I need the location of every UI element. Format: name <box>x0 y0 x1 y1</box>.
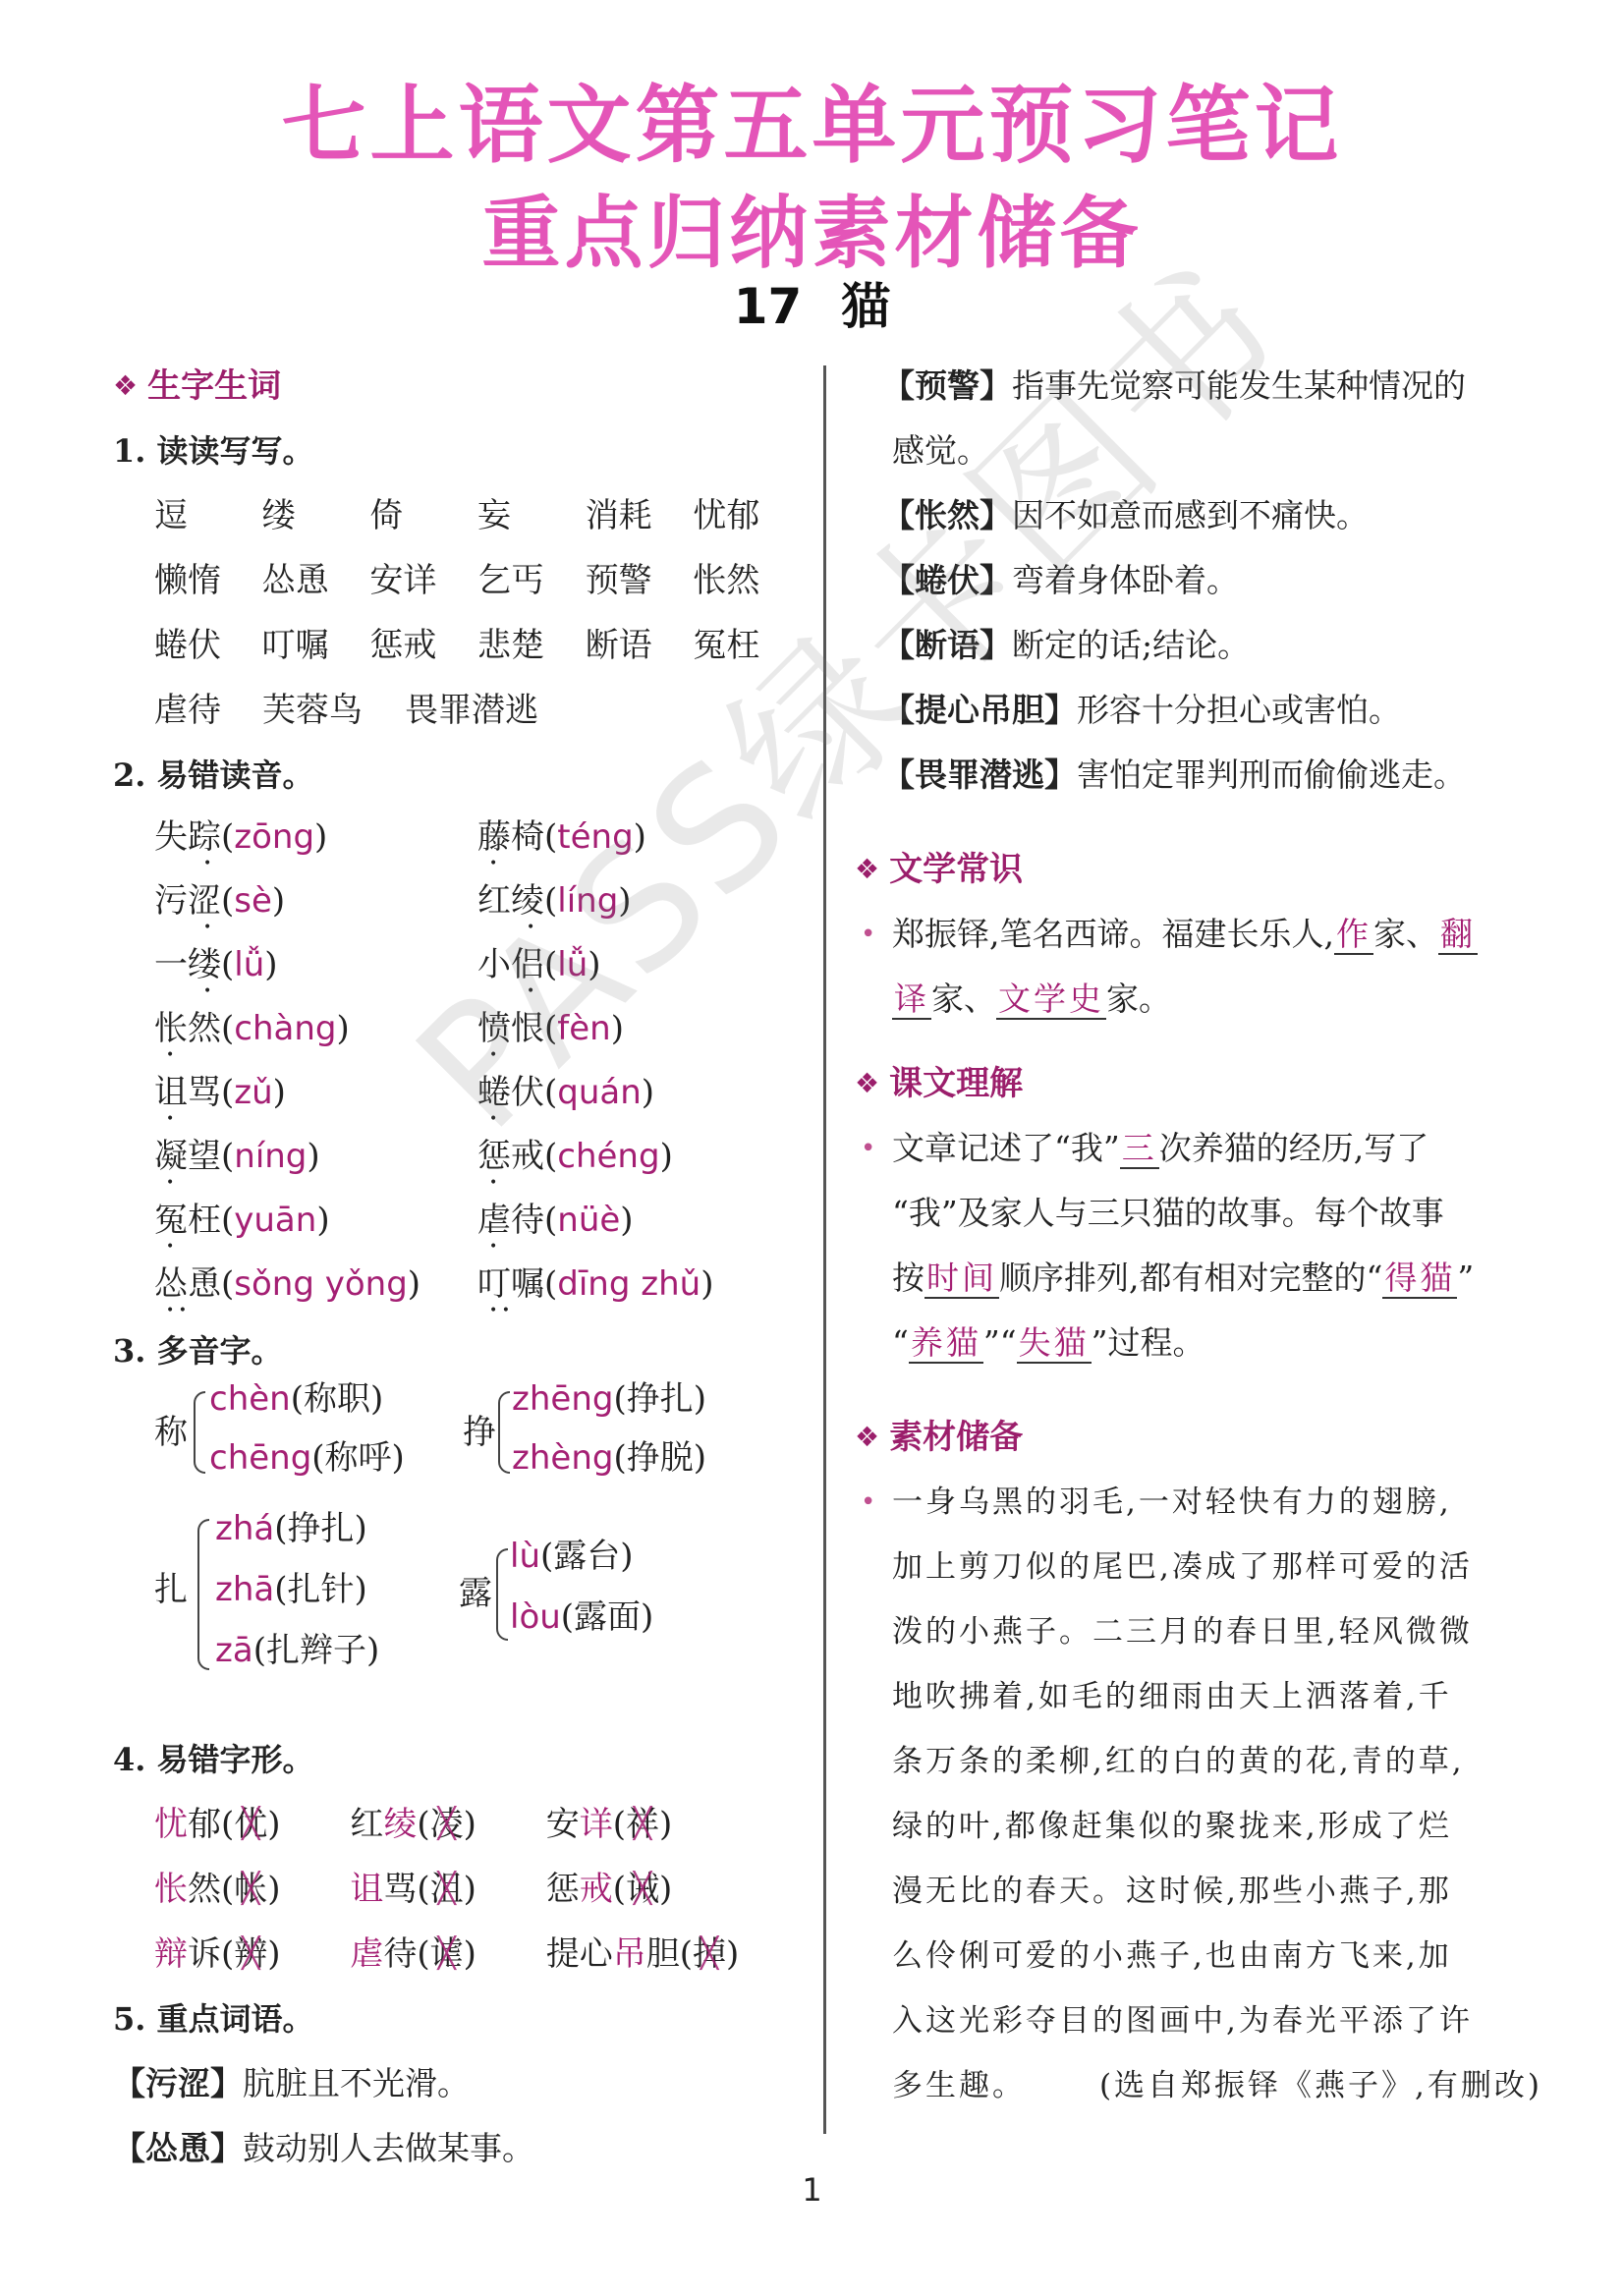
definition: 指事先觉察可能发生某种情况的 <box>1012 366 1466 405</box>
term-label: 【怅然】 <box>882 496 1012 534</box>
pinyin: zǔ <box>234 1073 272 1112</box>
vocab-word: 怅然 <box>693 548 801 613</box>
term-definition: 【蜷伏】弯着身体卧着。 <box>855 548 1542 613</box>
term: 怂恿 <box>145 2129 210 2167</box>
pinyin: lǚ <box>234 945 264 984</box>
correct-char: 诅 <box>350 1870 383 1909</box>
pinyin: quán <box>557 1073 642 1112</box>
material-paragraph: • 一身乌黑的羽毛,一对轻快有力的翅膀, 加上剪刀似的尾巴,凑成了那样可爱的活 … <box>855 1470 1542 2118</box>
word-rest: 诉 <box>188 1934 221 1974</box>
wrong-char: 优 <box>234 1792 267 1857</box>
definition: 肮脏且不光滑。 <box>243 2064 470 2102</box>
word-rest: 惩 <box>546 1870 580 1909</box>
fill-in-answer: 三 <box>1120 1129 1159 1169</box>
pinyin: chēng <box>209 1438 311 1478</box>
source-citation: (选自郑振铎《燕子》,有删改) <box>1099 2053 1542 2118</box>
reading-writing-grid: 逗 缕 倚 妄 消耗 忧郁 懒惰 怂恿 安详 乞丐 预警 怅然 蜷伏 叮嘱 惩戒… <box>113 483 801 743</box>
term-definition: 【提心吊胆】形容十分担心或害怕。 <box>855 678 1542 743</box>
pinyin: chèn <box>209 1379 291 1419</box>
pinyin: sè <box>234 881 272 921</box>
example: (挣扎) <box>613 1379 706 1419</box>
pronunciation-list: 失踪(zōng)• 藤椅(téng)• 污涩(sè)• 红绫(líng)• 一缕… <box>113 808 801 1318</box>
error-row: 怅然(帐) 诅骂(沮) 惩戒(诫) <box>113 1857 801 1922</box>
example: (扎针) <box>274 1570 367 1609</box>
example: (挣脱) <box>613 1438 706 1478</box>
polyphone-reading: chēng(称呼) <box>209 1430 405 1479</box>
term-label: 【断语】 <box>882 626 1012 664</box>
term-definition: 【畏罪潜逃】害怕定罪判刑而偷偷逃走。 <box>855 743 1542 808</box>
lesson-number: 17 <box>734 278 803 335</box>
pinyin: sǒng yǒng <box>234 1264 408 1304</box>
correct-char: 吊 <box>613 1934 646 1974</box>
text-line: 地吹拂着,如毛的细雨由天上洒落着,千 <box>892 1664 1542 1729</box>
polyphone-char: 扎 <box>154 1562 188 1610</box>
word-rest: 提心 <box>546 1934 613 1974</box>
vocab-word: 冤枉 <box>693 613 801 678</box>
pinyin: zhēng <box>512 1379 613 1419</box>
text-line: 一身乌黑的羽毛,一对轻快有力的翅膀, <box>892 1470 1542 1535</box>
pinyin: chéng <box>557 1137 659 1176</box>
word-rest: 待 <box>383 1934 417 1974</box>
literature-paragraph: • 郑振铎,笔名西谛。福建长乐人,作家、翻 译家、文学史家。 <box>855 902 1542 1032</box>
wrong-char: 祥 <box>626 1792 659 1857</box>
correct-char: 绫 <box>383 1805 417 1844</box>
word-rest: 安 <box>546 1805 580 1844</box>
word: 凝望 <box>154 1137 221 1176</box>
wrong-char: 诫 <box>626 1857 659 1922</box>
definition: 弯着身体卧着。 <box>1012 561 1239 599</box>
emphasis-dot: • <box>203 984 211 998</box>
emphasis-dot: • <box>203 921 211 934</box>
error-row: 辩诉(辨) 虐待(谑) 提心吊胆(掉) <box>113 1922 801 1987</box>
pronunciation-row: 怅然(chàng)• 愤恨(fèn)• <box>113 999 801 1063</box>
term-label: 【预警】 <box>882 366 1012 405</box>
fill-in-answer: 文学史 <box>996 980 1106 1020</box>
word-rest: 胆 <box>646 1934 680 1974</box>
vocab-word: 安详 <box>369 548 477 613</box>
wrong-char: 谑 <box>430 1922 464 1987</box>
wrong-char: 掉 <box>693 1922 726 1987</box>
pronunciation-row: 一缕(lǚ)• 小侣(lǚ)• <box>113 935 801 999</box>
emphasis-dot: • <box>203 857 211 870</box>
correct-char: 辩 <box>154 1934 188 1974</box>
vocab-word: 怂恿 <box>262 548 370 613</box>
word-rest: 然 <box>188 1870 221 1909</box>
word: 失踪 <box>154 817 221 857</box>
fill-in-answer: 译 <box>892 980 931 1020</box>
page-number: 1 <box>0 2171 1624 2209</box>
column-divider <box>823 365 826 2134</box>
text-line: 条万条的柔柳,红的白的黄的花,青的草, <box>892 1729 1542 1794</box>
pinyin: lù <box>510 1537 540 1576</box>
term-label: 【怂恿】 <box>113 2129 243 2167</box>
pronunciation-row: 污涩(sè)• 红绫(líng)• <box>113 871 801 935</box>
term-label: 【提心吊胆】 <box>882 691 1077 729</box>
text-line: 么伶俐可爱的小燕子,也由南方飞来,加 <box>892 1924 1542 1988</box>
fill-in-answer: 时间 <box>924 1259 999 1299</box>
example: (扎辫子) <box>253 1631 380 1670</box>
word: 虐待 <box>477 1201 544 1240</box>
vocab-word: 叮嘱 <box>262 613 370 678</box>
term-label: 【污涩】 <box>113 2064 243 2102</box>
pinyin: nüè <box>557 1201 620 1240</box>
word: 怅然 <box>154 1009 221 1048</box>
word: 蜷伏 <box>477 1073 544 1112</box>
fill-in-answer: 得猫 <box>1382 1259 1457 1299</box>
vocab-word: 懒惰 <box>154 548 262 613</box>
brace <box>194 1391 205 1474</box>
grid-row: 懒惰 怂恿 安详 乞丐 预警 怅然 <box>113 548 801 613</box>
definition: 鼓动别人去做某事。 <box>243 2129 534 2167</box>
word: 冤枉 <box>154 1201 221 1240</box>
right-column: 【预警】指事先觉察可能发生某种情况的 感觉。 【怅然】因不如意而感到不痛快。 【… <box>855 354 1542 2118</box>
example: (露面) <box>561 1597 654 1637</box>
word-rest: 骂 <box>383 1870 417 1909</box>
vocab-word: 忧郁 <box>693 483 801 548</box>
pinyin: dīng zhǔ <box>557 1264 700 1304</box>
correct-char: 怅 <box>154 1870 188 1909</box>
text-line: 入这光彩夺目的图画中,为春光平添了许 <box>892 1988 1542 2053</box>
pinyin: fèn <box>557 1009 610 1048</box>
term-definition: 【污涩】肮脏且不光滑。 <box>113 2051 801 2116</box>
term: 预警 <box>915 366 980 405</box>
emphasis-dot: • <box>166 1240 174 1254</box>
section-heading-vocab: ❖生字生词 <box>113 354 801 419</box>
emphasis-dot: • • <box>166 1304 187 1317</box>
pinyin: yuān <box>234 1201 316 1240</box>
vocab-word: 消耗 <box>586 483 694 548</box>
text-line: 绿的叶,都像赶集似的聚拢来,形成了烂 <box>892 1794 1542 1859</box>
pinyin: zhèng <box>512 1438 613 1478</box>
vocab-word: 乞丐 <box>477 548 586 613</box>
pinyin: zhá <box>215 1509 274 1548</box>
section-heading-material: ❖素材储备 <box>855 1405 1542 1470</box>
term: 污涩 <box>145 2064 210 2102</box>
wrong-char: 凌 <box>430 1792 464 1857</box>
text-line: 加上剪刀似的尾巴,凑成了那样可爱的活 <box>892 1535 1542 1599</box>
polyphone-char: 挣 <box>463 1405 496 1453</box>
emphasis-dot: • <box>489 1048 497 1062</box>
section-heading-literature: ❖文学常识 <box>855 837 1542 902</box>
example: (露台) <box>540 1537 634 1576</box>
polyphone-reading: lòu(露面) <box>510 1590 653 1638</box>
polyphone-reading: zhá(挣扎) <box>215 1501 367 1549</box>
term-definition-continued: 感觉。 <box>855 419 1542 483</box>
polyphone-reading: zhā(扎针) <box>215 1562 367 1610</box>
emphasis-dot: • <box>166 1048 174 1062</box>
pinyin: lòu <box>510 1597 561 1637</box>
pinyin: zōng <box>234 817 314 857</box>
vocab-word: 妄 <box>477 483 586 548</box>
fill-in-answer: 失猫 <box>1017 1323 1092 1364</box>
bullet-icon: • <box>861 1116 875 1181</box>
emphasis-dot: • <box>527 921 534 934</box>
bullet-icon: • <box>861 902 875 967</box>
correct-char: 忧 <box>154 1805 188 1844</box>
term-label: 【蜷伏】 <box>882 561 1012 599</box>
term: 断语 <box>915 626 980 664</box>
brace <box>498 1391 510 1474</box>
lesson-heading: 17猫 <box>0 267 1624 338</box>
correct-char: 详 <box>580 1805 613 1844</box>
word: 惩戒 <box>477 1137 544 1176</box>
diamond-icon: ❖ <box>855 1421 879 1453</box>
word-rest: 红 <box>350 1805 383 1844</box>
pinyin: níng <box>234 1137 307 1176</box>
definition: 断定的话;结论。 <box>1012 626 1250 664</box>
emphasis-dot: • <box>489 1176 497 1190</box>
example: (称呼) <box>311 1438 405 1478</box>
wrong-char: 沮 <box>430 1857 464 1922</box>
vocab-word: 蜷伏 <box>154 613 262 678</box>
pinyin: téng <box>557 817 633 857</box>
part1-title: 1. 读读写写。 <box>113 419 801 483</box>
word: 叮嘱 <box>477 1264 544 1304</box>
vocab-word: 逗 <box>154 483 262 548</box>
vocab-word: 惩戒 <box>369 613 477 678</box>
term: 蜷伏 <box>915 561 980 599</box>
pronunciation-row: 诅骂(zǔ)• 蜷伏(quán)• <box>113 1063 801 1127</box>
grid-row: 蜷伏 叮嘱 惩戒 悲楚 断语 冤枉 <box>113 613 801 678</box>
fill-in-answer: 作 <box>1334 915 1373 955</box>
error-prone-characters: 忧郁(优) 红绫(凌) 安详(祥) 怅然(帐) 诅骂(沮) 惩戒(诫) 辩诉(辨… <box>113 1792 801 1987</box>
polyphone-reading: zhèng(挣脱) <box>512 1430 706 1479</box>
definition: 害怕定罪判刑而偷偷逃走。 <box>1077 756 1466 794</box>
pinyin: chàng <box>234 1009 336 1048</box>
emphasis-dot: • <box>489 1112 497 1126</box>
vocab-word: 畏罪潜逃 <box>405 678 601 743</box>
text-line: 泼的小燕子。二三月的春日里,轻风微微 <box>892 1599 1542 1664</box>
emphasis-dot: • <box>527 984 534 998</box>
pinyin: zā <box>215 1631 253 1670</box>
error-row: 忧郁(优) 红绫(凌) 安详(祥) <box>113 1792 801 1857</box>
pinyin: lǚ <box>557 945 588 984</box>
text-line: 多生趣。(选自郑振铎《燕子》,有删改) <box>892 2053 1542 2118</box>
vocab-word: 倚 <box>369 483 477 548</box>
emphasis-dot: • <box>166 1112 174 1126</box>
term-definition: 【怅然】因不如意而感到不痛快。 <box>855 483 1542 548</box>
word: 藤椅 <box>477 817 544 857</box>
fill-in-answer: 翻 <box>1438 915 1478 955</box>
pronunciation-row: 冤枉(yuān)• 虐待(nüè)• <box>113 1191 801 1255</box>
diamond-icon: ❖ <box>855 853 879 885</box>
polyphone-reading: lù(露台) <box>510 1529 634 1577</box>
part2-title: 2. 易错读音。 <box>113 743 801 808</box>
pinyin: zhā <box>215 1570 274 1609</box>
diamond-icon: ❖ <box>113 369 138 402</box>
word: 诅骂 <box>154 1073 221 1112</box>
polyphone-reading: zhēng(挣扎) <box>512 1372 706 1420</box>
example: (称职) <box>291 1379 384 1419</box>
bullet-icon: • <box>861 1470 878 1535</box>
left-column: ❖生字生词 1. 读读写写。 逗 缕 倚 妄 消耗 忧郁 懒惰 怂恿 安详 乞丐… <box>113 354 801 2181</box>
vocab-word: 虐待 <box>154 678 262 743</box>
correct-char: 戒 <box>580 1870 613 1909</box>
brace <box>197 1519 209 1670</box>
example: (挣扎) <box>274 1509 367 1548</box>
vocab-word: 悲楚 <box>477 613 586 678</box>
emphasis-dot: • • <box>489 1304 510 1317</box>
vocab-word: 断语 <box>586 613 694 678</box>
part5-title: 5. 重点词语。 <box>113 1987 801 2051</box>
polyphone-reading: chèn(称职) <box>209 1372 383 1420</box>
polyphone-char: 露 <box>459 1566 492 1614</box>
term-label: 【畏罪潜逃】 <box>882 756 1077 794</box>
polyphone-section: 称 chèn(称职) chēng(称呼) 挣 zhēng(挣扎) zhèng(挣… <box>113 1383 801 1737</box>
pronunciation-row: 凝望(níng)• 惩戒(chéng)• <box>113 1127 801 1191</box>
grid-row: 逗 缕 倚 妄 消耗 忧郁 <box>113 483 801 548</box>
polyphone-char: 称 <box>154 1405 188 1453</box>
term: 提心吊胆 <box>915 691 1044 729</box>
word: 一缕 <box>154 945 221 984</box>
section-heading-understanding: ❖课文理解 <box>855 1051 1542 1116</box>
lesson-title: 猫 <box>841 278 890 335</box>
word: 小侣 <box>477 945 544 984</box>
word: 红绫 <box>477 881 544 921</box>
vocab-word: 芙蓉鸟 <box>262 678 405 743</box>
wrong-char: 辨 <box>234 1922 267 1987</box>
definition: 形容十分担心或害怕。 <box>1077 691 1401 729</box>
pronunciation-row: 失踪(zōng)• 藤椅(téng)• <box>113 808 801 871</box>
page-title-line1: 七上语文第五单元预习笔记 <box>0 77 1624 175</box>
understanding-paragraph: • 文章记述了“我”三次养猫的经历,写了 “我”及家人与三只猫的故事。每个故事 … <box>855 1116 1542 1375</box>
emphasis-dot: • <box>166 1176 174 1190</box>
fill-in-answer: 养猫 <box>909 1323 983 1364</box>
term: 畏罪潜逃 <box>915 756 1044 794</box>
grid-row: 虐待 芙蓉鸟 畏罪潜逃 <box>113 678 801 743</box>
wrong-char: 帐 <box>234 1857 267 1922</box>
term-definition: 【断语】断定的话;结论。 <box>855 613 1542 678</box>
emphasis-dot: • <box>489 1240 497 1254</box>
pronunciation-row: 怂恿(sǒng yǒng)• • 叮嘱(dīng zhǔ)• • <box>113 1255 801 1318</box>
pinyin: líng <box>557 881 618 921</box>
term: 怅然 <box>915 496 980 534</box>
word: 污涩 <box>154 881 221 921</box>
vocab-word: 缕 <box>262 483 370 548</box>
brace <box>496 1548 508 1641</box>
emphasis-dot: • <box>489 857 497 870</box>
word: 怂恿 <box>154 1264 221 1304</box>
polyphone-reading: zā(扎辫子) <box>215 1623 379 1671</box>
word-rest: 郁 <box>188 1805 221 1844</box>
definition: 因不如意而感到不痛快。 <box>1012 496 1369 534</box>
correct-char: 虐 <box>350 1934 383 1974</box>
term-definition: 【预警】指事先觉察可能发生某种情况的 <box>855 354 1542 419</box>
text-line: 漫无比的春天。这时候,那些小燕子,那 <box>892 1859 1542 1924</box>
vocab-word: 预警 <box>586 548 694 613</box>
diamond-icon: ❖ <box>855 1067 879 1099</box>
word: 愤恨 <box>477 1009 544 1048</box>
